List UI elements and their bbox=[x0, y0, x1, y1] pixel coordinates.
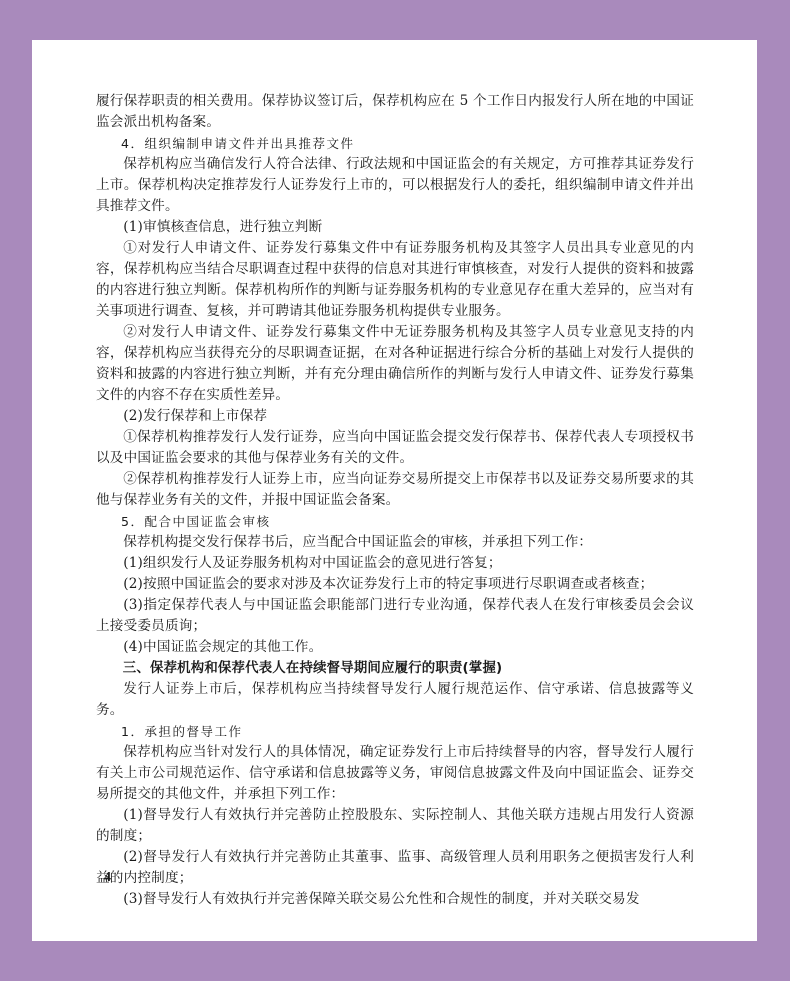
paragraph: ①对发行人申请文件、证券发行募集文件中有证券服务机构及其签字人员出具专业意见的内… bbox=[96, 238, 694, 322]
list-item: (1)督导发行人有效执行并完善防止控股股东、实际控制人、其他关联方违规占用发行人… bbox=[96, 805, 694, 847]
paragraph: 发行人证券上市后，保荐机构应当持续督导发行人履行规范运作、信守承诺、信息披露等义… bbox=[96, 679, 694, 721]
document-page: 履行保荐职责的相关费用。保荐协议签订后，保荐机构应在 5 个工作日内报发行人所在… bbox=[32, 40, 757, 941]
subheading-5: 5．配合中国证监会审核 bbox=[96, 511, 694, 532]
paragraph: ②对发行人申请文件、证券发行募集文件中无证券服务机构及其签字人员专业意见支持的内… bbox=[96, 322, 694, 406]
paragraph: ①保荐机构推荐发行人发行证券，应当向中国证监会提交发行保荐书、保荐代表人专项授权… bbox=[96, 427, 694, 469]
list-item: (2)督导发行人有效执行并完善防止其董事、监事、高级管理人员利用职务之便损害发行… bbox=[96, 847, 694, 889]
paragraph: 保荐机构提交发行保荐书后，应当配合中国证监会的审核，并承担下列工作： bbox=[96, 532, 694, 553]
paragraph: ②保荐机构推荐发行人证券上市，应当向证券交易所提交上市保荐书以及证券交易所要求的… bbox=[96, 469, 694, 511]
subheading-1: 1．承担的督导工作 bbox=[96, 721, 694, 742]
list-item-heading: (2)发行保荐和上市保荐 bbox=[96, 406, 694, 427]
list-item: (3)督导发行人有效执行并完善保障关联交易公允性和合规性的制度，并对关联交易发 bbox=[96, 889, 694, 910]
paragraph: 保荐机构应当针对发行人的具体情况，确定证券发行上市后持续督导的内容，督导发行人履… bbox=[96, 742, 694, 805]
paragraph: 保荐机构应当确信发行人符合法律、行政法规和中国证监会的有关规定，方可推荐其证券发… bbox=[96, 154, 694, 217]
list-item-heading: (1)审慎核查信息，进行独立判断 bbox=[96, 217, 694, 238]
section-heading-3: 三、保荐机构和保荐代表人在持续督导期间应履行的职责(掌握) bbox=[96, 658, 694, 679]
page-number: 4 bbox=[104, 870, 111, 886]
page-body-text: 履行保荐职责的相关费用。保荐协议签订后，保荐机构应在 5 个工作日内报发行人所在… bbox=[96, 91, 694, 910]
list-item: (3)指定保荐代表人与中国证监会职能部门进行专业沟通，保荐代表人在发行审核委员会… bbox=[96, 595, 694, 637]
paragraph-continuation: 履行保荐职责的相关费用。保荐协议签订后，保荐机构应在 5 个工作日内报发行人所在… bbox=[96, 91, 694, 133]
list-item: (1)组织发行人及证券服务机构对中国证监会的意见进行答复； bbox=[96, 553, 694, 574]
subheading-4: 4．组织编制申请文件并出具推荐文件 bbox=[96, 133, 694, 154]
list-item: (4)中国证监会规定的其他工作。 bbox=[96, 637, 694, 658]
list-item: (2)按照中国证监会的要求对涉及本次证券发行上市的特定事项进行尽职调查或者核查； bbox=[96, 574, 694, 595]
